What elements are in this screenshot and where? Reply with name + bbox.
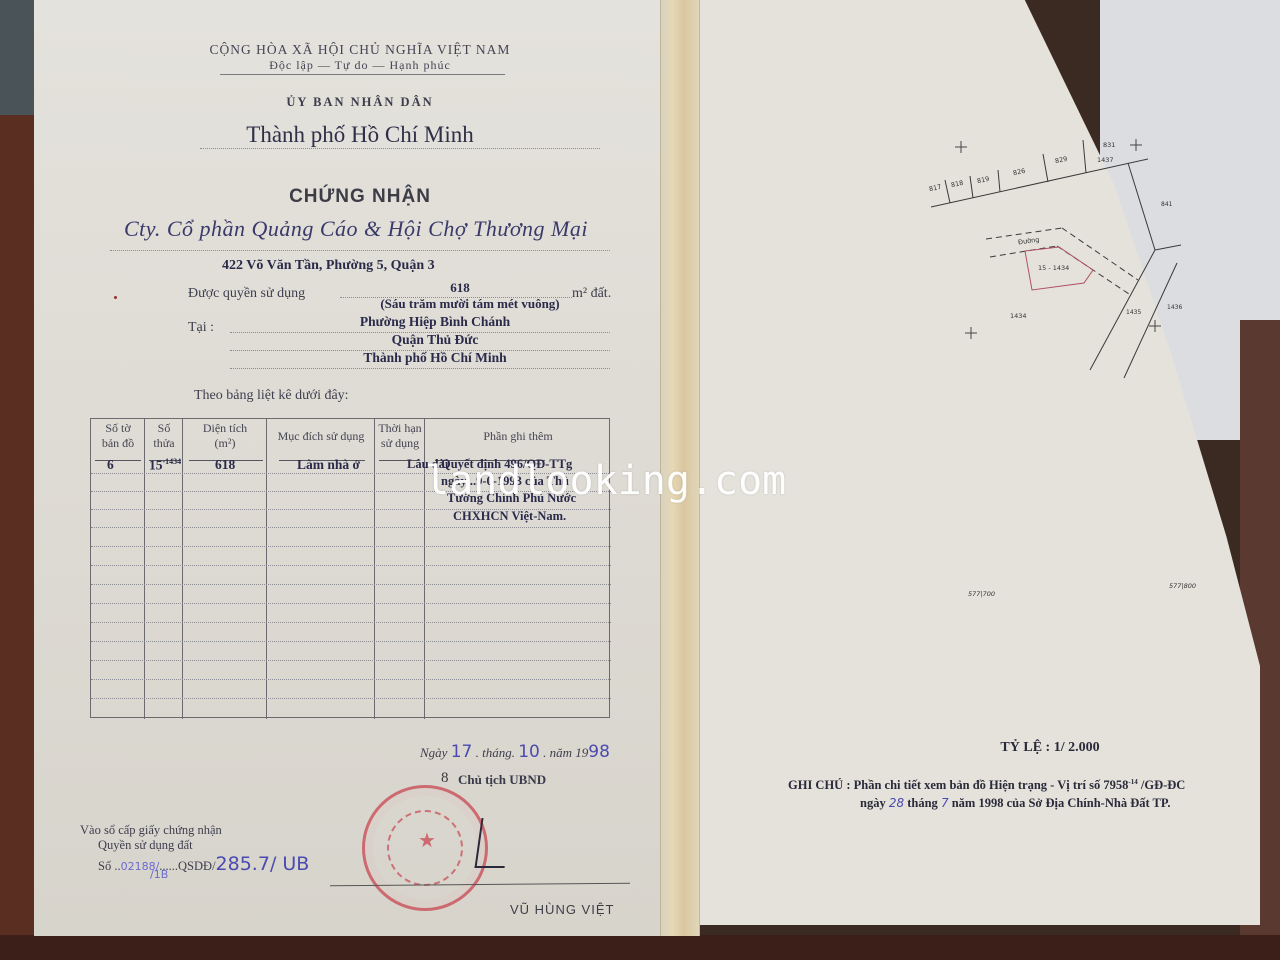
col-map-sheet — [91, 419, 145, 719]
registry-line-2: Quyền sử dụng đất — [98, 838, 193, 853]
table-intro: Theo bảng liệt kê dưới đây: — [194, 388, 349, 404]
cadastral-map: 817 818 819 826 829 831 1437 841 Đường 1… — [700, 0, 1260, 700]
location-ward: Phường Hiệp Bình Chánh — [330, 314, 540, 330]
chairman-title: Chủ tịch UBND — [458, 772, 546, 788]
header-term: Thời hạn sử dụng — [375, 421, 425, 451]
official-red-seal: ★ — [362, 785, 488, 911]
header-notes: Phần ghi thêm — [425, 429, 611, 444]
red-dot-mark — [114, 296, 117, 299]
background-wall — [0, 0, 36, 115]
holder-dotted-line — [110, 250, 610, 251]
background-table — [0, 115, 36, 960]
location-label: Tại : — [188, 320, 214, 336]
parcel-1434: 1434 — [1010, 312, 1027, 320]
map-note-line-1: GHI CHÚ : Phần chi tiết xem bản đồ Hiện … — [788, 778, 1185, 793]
star-icon: ★ — [415, 828, 439, 853]
header-purpose: Mục đích sử dụng — [267, 429, 375, 444]
parcel-1437: 1437 — [1097, 156, 1114, 164]
location-dotted-line-3 — [230, 368, 610, 369]
location-city: Thành phố Hồ Chí Minh — [330, 350, 540, 366]
map-scale: TỶ LỆ : 1/ 2.000 — [960, 740, 1140, 756]
header-parcel-no: Số thửa — [145, 421, 183, 451]
certificate-title: CHỨNG NHẬN — [120, 186, 600, 208]
holder-address: 422 Võ Văn Tần, Phường 5, Quận 3 — [222, 258, 542, 274]
motto: Độc lập — Tự do — Hạnh phúc — [180, 58, 540, 73]
holder-name: Cty. Cổ phần Quảng Cáo & Hội Chợ Thương … — [86, 216, 626, 242]
area-value: 618 — [440, 280, 480, 296]
map-note-line-2: ngày 28 tháng 7 năm 1998 của Sở Địa Chín… — [860, 796, 1170, 811]
chair-mark: 8 — [441, 770, 449, 787]
watermark: landlooking.com — [425, 458, 786, 504]
coordinate-right: 577|800 — [1169, 582, 1196, 590]
issue-date: Ngày 17 . tháng. 10 . năm 1998 — [420, 742, 610, 762]
issue-year-suffix: 98 — [588, 742, 610, 762]
header-divider — [220, 74, 505, 75]
registry-number: Số ..02188/......QSDĐ/285.7/ UB — [98, 853, 309, 875]
subject-parcel: 15 - 1434 — [1038, 264, 1069, 272]
header-map-sheet: Số tờ bản đồ — [91, 421, 145, 451]
parcel-841: 841 — [1161, 201, 1172, 208]
background-table-bottom — [0, 935, 1280, 960]
city-title: Thành phố Hồ Chí Minh — [180, 122, 540, 148]
issue-day: 17 — [451, 742, 473, 762]
parcel-1436: 1436 — [1167, 304, 1182, 311]
parcel-1435: 1435 — [1126, 309, 1141, 316]
location-district: Quận Thủ Đức — [330, 332, 540, 348]
city-dotted-line — [200, 148, 600, 149]
republic-header: CỘNG HÒA XÃ HỘI CHỦ NGHĨA VIỆT NAM — [180, 42, 540, 58]
header-area: Diện tích (m²) — [183, 421, 267, 451]
cell-parcel-no: 15-1434 — [149, 457, 181, 474]
cell-purpose: Làm nhà ở — [297, 457, 360, 473]
note-line-4: CHXHCN Việt-Nam. — [453, 509, 566, 524]
registry-sub: /1B — [150, 868, 168, 881]
coordinate-left: 577|700 — [968, 590, 995, 598]
signer-name: VŨ HÙNG VIỆT — [510, 902, 614, 917]
registry-line-1: Vào sổ cấp giấy chứng nhận — [80, 823, 222, 838]
issue-month: 10 — [518, 742, 540, 762]
right-of-use-label: Được quyền sử dụng — [188, 286, 305, 302]
area-in-words: (Sáu trăm mười tám mét vuông) — [365, 296, 575, 312]
committee-header: ỦY BAN NHÂN DÂN — [180, 95, 540, 110]
area-unit: m² đất. — [572, 286, 611, 302]
cell-map-sheet: 6 — [107, 457, 114, 473]
cell-area: 618 — [215, 457, 235, 473]
parcel-831: 831 — [1103, 141, 1115, 149]
